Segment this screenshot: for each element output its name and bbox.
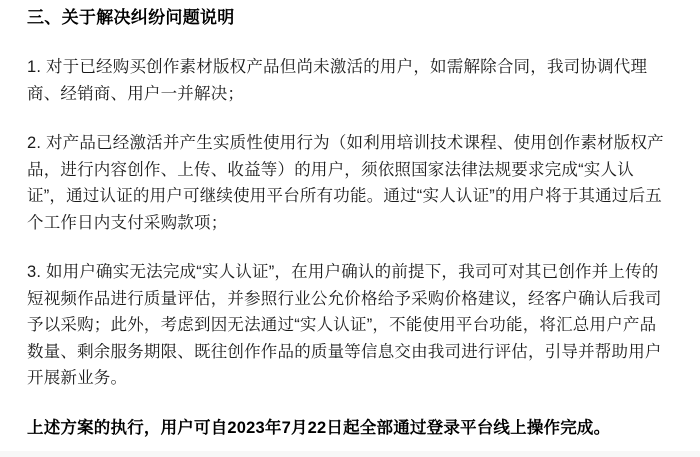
document-page: 三、关于解决纠纷问题说明 1. 对于已经购买创作素材版权产品但尚未激活的用户，如…: [0, 0, 700, 457]
paragraph-activated-users: 2. 对产品已经激活并产生实质性使用行为（如利用培训技术课程、使用创作素材版权产…: [27, 130, 673, 236]
closing-statement: 上述方案的执行，用户可自2023年7月22日起全部通过登录平台线上操作完成。: [27, 415, 673, 442]
paragraph-unactivated-users: 1. 对于已经购买创作素材版权产品但尚未激活的用户，如需解除合同，我司协调代理 …: [27, 54, 673, 107]
section-title: 三、关于解决纠纷问题说明: [27, 5, 673, 31]
bottom-edge-divider: [0, 451, 700, 457]
paragraph-verification-failure: 3. 如用户确实无法完成“实人认证”，在用户确认的前提下，我司可对其已创作并上传…: [27, 259, 673, 392]
